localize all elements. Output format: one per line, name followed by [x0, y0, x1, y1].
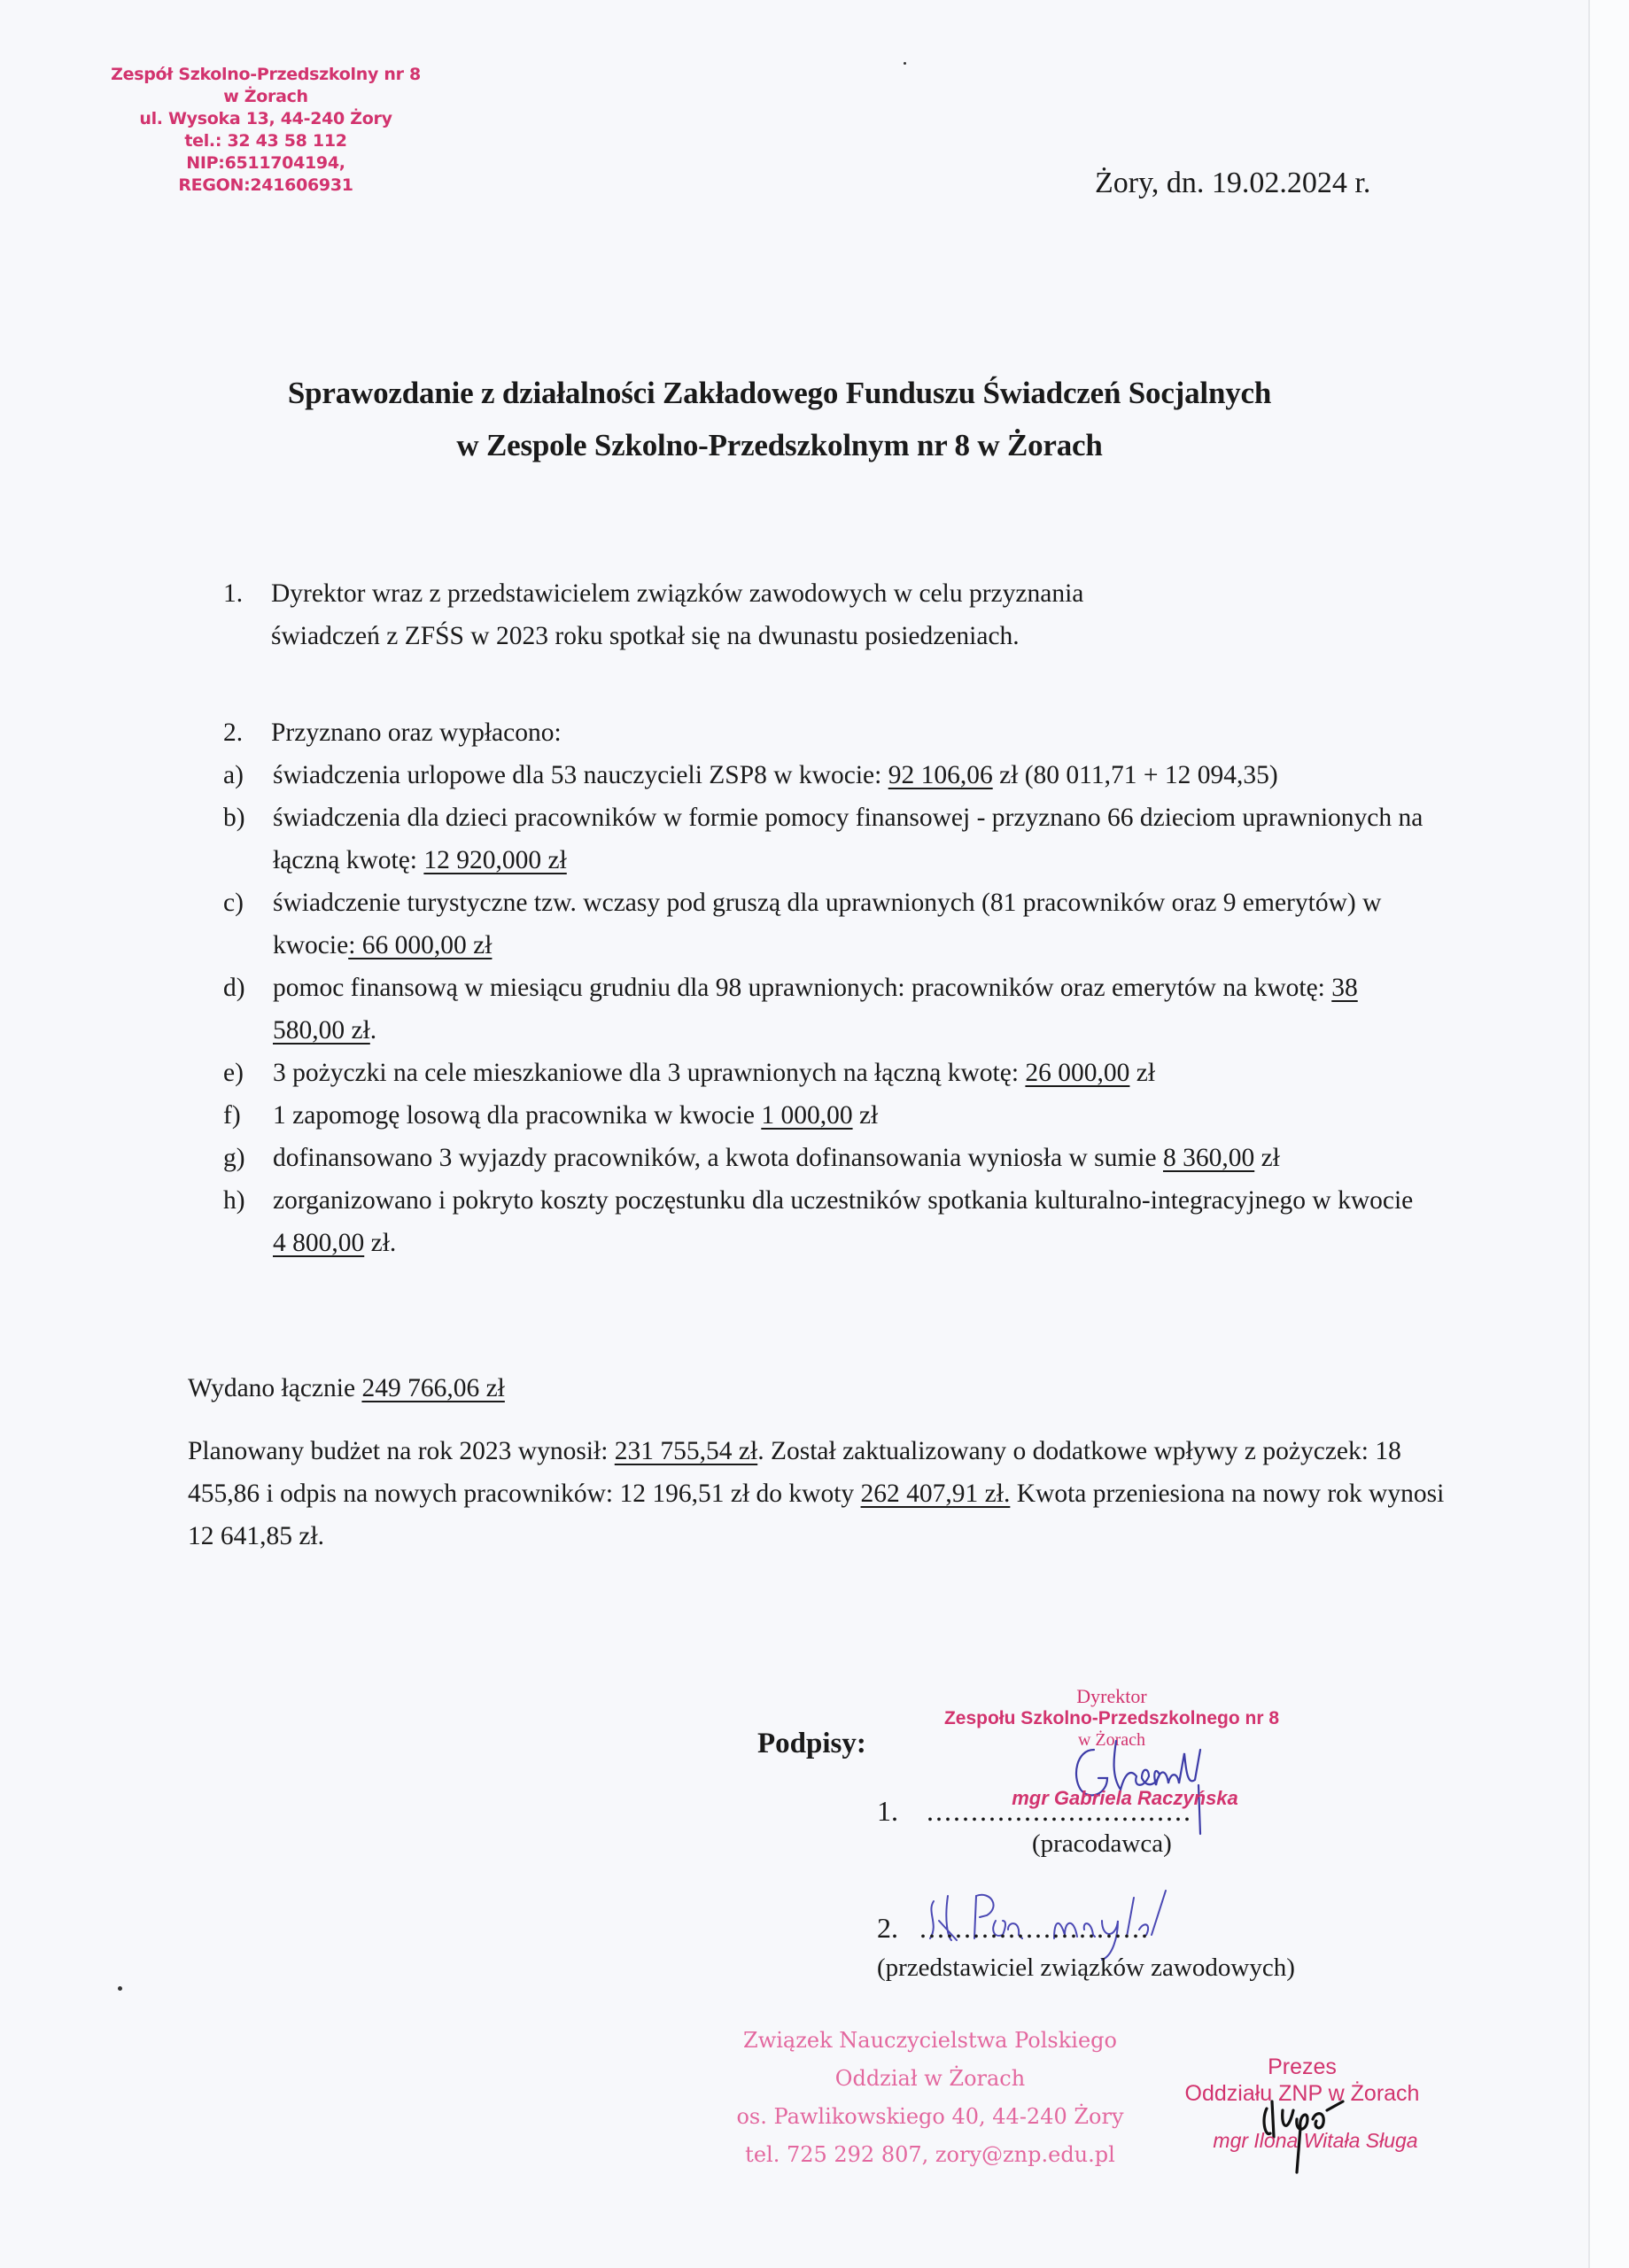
benefit-item-label: d)	[223, 967, 245, 1009]
benefit-item-text: zorganizowano i pokryto koszty poczęstun…	[273, 1186, 1413, 1215]
point-2-heading: Przyznano oraz wypłacono:	[271, 718, 562, 747]
signature-dots: ..............................	[927, 1795, 1192, 1827]
total-label: Wydano łącznie	[188, 1374, 361, 1402]
updated-budget-amount: 262 407,91 zł.	[861, 1480, 1011, 1508]
signature-number: 2.	[877, 1912, 898, 1944]
scan-page-edge	[1588, 0, 1629, 2268]
union-stamp-line: Związek Nauczycielstwa Polskiego	[700, 2022, 1160, 2060]
signature-line-1: 1. ..............................	[877, 1795, 1192, 1828]
scan-speck	[118, 1986, 122, 1991]
director-stamp-title: Dyrektor	[917, 1685, 1307, 1707]
benefit-item-text: 3 pożyczki na cele mieszkaniowe dla 3 up…	[273, 1059, 1025, 1087]
point-1-line2: świadczeń z ZFŚS w 2023 roku spotkał się…	[223, 615, 1410, 657]
signature-dots: ..........................	[919, 1912, 1150, 1944]
planned-budget-amount: 231 755,54 zł	[615, 1437, 757, 1465]
benefit-item-text: dofinansowano 3 wyjazdy pracowników, a k…	[273, 1144, 1163, 1172]
benefit-item: a) świadczenia urlopowe dla 53 nauczycie…	[223, 754, 1428, 796]
document-title-line2: w Zespole Szkolno-Przedszkolnym nr 8 w Ż…	[106, 428, 1453, 463]
benefit-item: d) pomoc finansową w miesiącu grudniu dl…	[223, 967, 1428, 1052]
total-spent: Wydano łącznie 249 766,06 zł	[188, 1367, 505, 1410]
benefit-item-suffix: .	[370, 1016, 376, 1045]
point-1-line1: Dyrektor wraz z przedstawicielem związkó…	[271, 579, 1083, 608]
scan-speck	[904, 62, 906, 65]
benefit-item: h) zorganizowano i pokryto koszty poczęs…	[223, 1179, 1428, 1264]
benefit-item-amount: 1 000,00	[761, 1101, 852, 1130]
school-stamp: Zespół Szkolno-Przedszkolny nr 8 w Żorac…	[97, 64, 434, 197]
budget-paragraph: Planowany budżet na rok 2023 wynosił: 23…	[188, 1430, 1446, 1557]
benefit-item-amount: 12 920,000 zł	[423, 846, 566, 874]
director-stamp-org: Zespołu Szkolno-Przedszkolnego nr 8	[917, 1707, 1307, 1729]
benefit-item-label: a)	[223, 754, 244, 796]
benefit-item-suffix: zł.	[364, 1229, 396, 1257]
benefit-item-text: pomoc finansową w miesiącu grudniu dla 9…	[273, 974, 1331, 1002]
benefit-item-label: g)	[223, 1137, 245, 1179]
benefit-item-text: świadczenia urlopowe dla 53 nauczycieli …	[273, 761, 888, 789]
benefit-item-amount: 26 000,00	[1025, 1059, 1129, 1087]
benefit-item: e) 3 pożyczki na cele mieszkaniowe dla 3…	[223, 1052, 1428, 1094]
benefit-item: b) świadczenia dla dzieci pracowników w …	[223, 796, 1428, 882]
school-stamp-line: tel.: 32 43 58 112	[97, 130, 434, 152]
signatures-heading: Podpisy:	[757, 1728, 866, 1760]
benefit-item-amount: 8 360,00	[1163, 1144, 1254, 1172]
benefit-item-label: e)	[223, 1052, 244, 1094]
budget-text: Planowany budżet na rok 2023 wynosił:	[188, 1437, 615, 1465]
benefit-item: f) 1 zapomogę losową dla pracownika w kw…	[223, 1094, 1428, 1137]
benefit-item-label: h)	[223, 1179, 245, 1222]
union-stamp-line: os. Pawlikowskiego 40, 44-240 Żory	[700, 2098, 1160, 2136]
president-name: mgr Ilona Witała Sługa	[1183, 2129, 1448, 2153]
president-stamp-title: Prezes	[1169, 2054, 1435, 2080]
benefit-list: a) świadczenia urlopowe dla 53 nauczycie…	[223, 754, 1428, 1264]
benefit-item-amount: 92 106,06	[888, 761, 993, 789]
benefit-item-label: b)	[223, 796, 245, 839]
total-amount: 249 766,06 zł	[361, 1374, 504, 1402]
union-stamp: Związek Nauczycielstwa Polskiego Oddział…	[700, 2022, 1160, 2174]
benefit-item-amount: : 66 000,00 zł	[348, 931, 492, 959]
point-number: 1.	[223, 572, 271, 615]
benefit-item-suffix: zł	[1254, 1144, 1280, 1172]
benefit-item-suffix: zł (80 011,71 + 12 094,35)	[993, 761, 1278, 789]
benefit-item-amount: 4 800,00	[273, 1229, 364, 1257]
signature-number: 1.	[877, 1795, 898, 1827]
benefit-item: c) świadczenie turystyczne tzw. wczasy p…	[223, 882, 1428, 967]
benefit-item-label: c)	[223, 882, 244, 924]
point-1: 1.Dyrektor wraz z przedstawicielem związ…	[223, 572, 1410, 657]
benefit-item-label: f)	[223, 1094, 241, 1137]
signature-role-employer: (pracodawca)	[1032, 1829, 1172, 1859]
benefit-item: g) dofinansowano 3 wyjazdy pracowników, …	[223, 1137, 1428, 1179]
point-2-heading-row: 2.Przyznano oraz wypłacono:	[223, 711, 1428, 754]
benefit-item-suffix: zł	[853, 1101, 879, 1130]
school-stamp-line: w Żorach	[97, 86, 434, 108]
point-2: 2.Przyznano oraz wypłacono: a) świadczen…	[223, 711, 1428, 1264]
school-stamp-line: Zespół Szkolno-Przedszkolny nr 8	[97, 64, 434, 86]
union-stamp-line: tel. 725 292 807, zory@znp.edu.pl	[700, 2136, 1160, 2174]
benefit-item-suffix: zł	[1129, 1059, 1155, 1087]
signature-line-2: 2. ..........................	[877, 1912, 1150, 1945]
document-date: Żory, dn. 19.02.2024 r.	[1095, 167, 1370, 200]
school-stamp-line: NIP:6511704194, REGON:241606931	[97, 152, 434, 197]
school-stamp-line: ul. Wysoka 13, 44-240 Żory	[97, 108, 434, 130]
point-number: 2.	[223, 711, 271, 754]
benefit-item-text: 1 zapomogę losową dla pracownika w kwoci…	[273, 1101, 761, 1130]
signature-role-union: (przedstawiciel związków zawodowych)	[877, 1953, 1295, 1983]
document-title-line1: Sprawozdanie z działalności Zakładowego …	[106, 376, 1453, 411]
union-stamp-line: Oddział w Żorach	[700, 2060, 1160, 2098]
